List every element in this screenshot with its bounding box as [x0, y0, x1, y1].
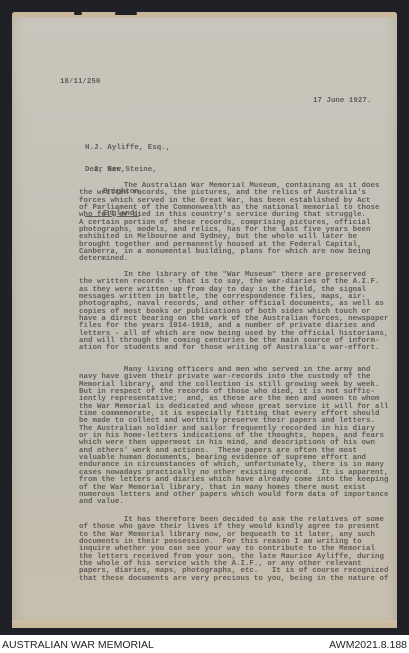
- paragraph-3: Many living officers and men who served …: [79, 367, 391, 507]
- text-line: and value.: [79, 499, 391, 506]
- paragraph-1: The Australian War Memorial Museum, cont…: [79, 183, 391, 264]
- address-line: H.J. Ayliffe, Esq.,: [85, 145, 170, 152]
- scan-background: 18/11/250 17 June 1927. H.J. Ayliffe, Es…: [0, 0, 409, 635]
- institution-name: AUSTRALIAN WAR MEMORIAL: [2, 639, 154, 651]
- text-line: ation for students and for those writing…: [79, 345, 391, 352]
- text-line: determined.: [79, 256, 391, 263]
- letter-date: 17 June 1927.: [313, 98, 371, 105]
- paper-tear: [80, 624, 118, 628]
- caption-bar: AUSTRALIAN WAR MEMORIAL AWM2021.8.188: [0, 638, 409, 653]
- accession-number: AWM2021.8.188: [329, 639, 407, 651]
- paragraph-4: It has therefore been decided to ask the…: [79, 517, 391, 583]
- paragraph-2: In the library of the "War Museum" there…: [79, 272, 391, 353]
- text-line: numerous letters and other papers which …: [79, 492, 391, 499]
- paper-tear: [74, 12, 82, 15]
- paper-tear: [115, 12, 137, 15]
- file-reference: 18/11/250: [60, 79, 100, 86]
- paper-tear: [244, 624, 292, 628]
- text-line: that these documents are very precious t…: [79, 576, 391, 583]
- salutation: Dear Sir,: [85, 167, 125, 174]
- paper-tear: [132, 624, 187, 628]
